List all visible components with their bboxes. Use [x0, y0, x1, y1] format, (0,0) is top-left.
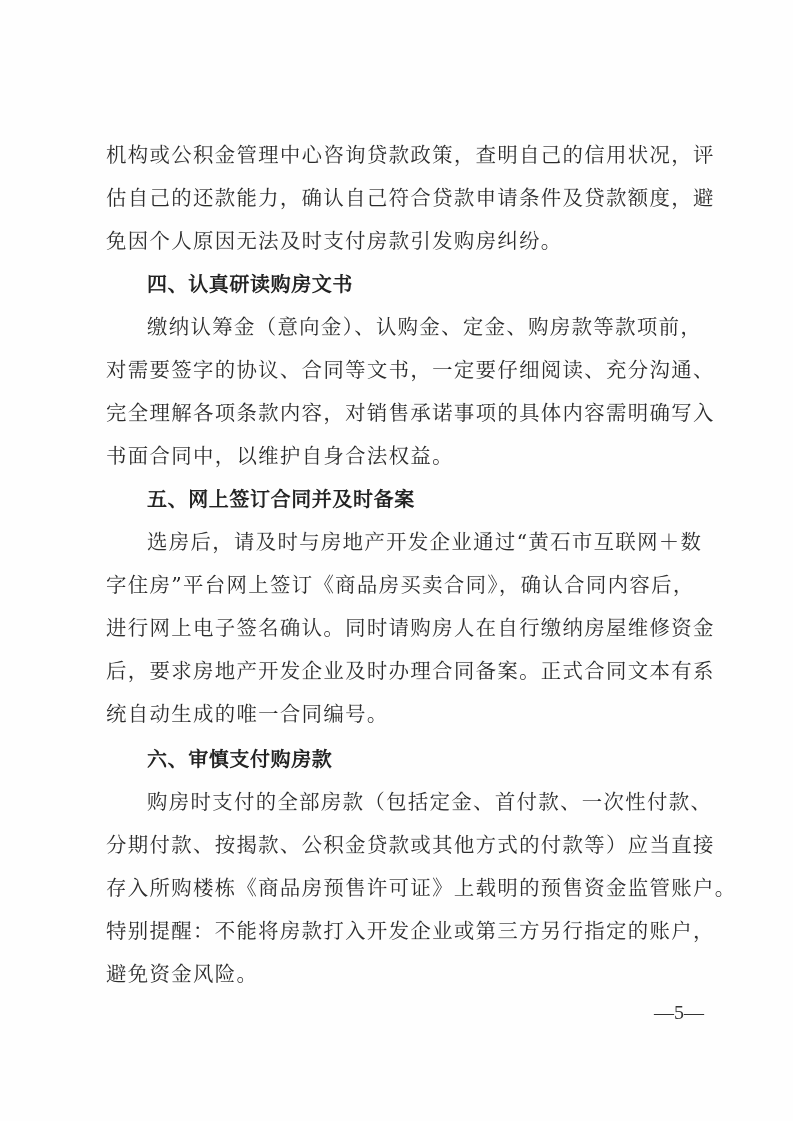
paragraph-line: 估自己的还款能力，确认自己符合贷款申请条件及贷款额度，避: [106, 176, 692, 220]
paragraph-line: 字住房”平台网上签订《商品房买卖合同》，确认合同内容后，: [106, 563, 692, 607]
document-page: 机构或公积金管理中心咨询贷款政策，查明自己的信用状况，评 估自己的还款能力，确认…: [0, 0, 793, 1121]
paragraph-line: 免因个人原因无法及时支付房款引发购房纠纷。: [106, 219, 692, 263]
page-number: —5—: [654, 1000, 704, 1026]
paragraph-line: 进行网上电子签名确认。同时请购房人在自行缴纳房屋维修资金: [106, 606, 692, 650]
paragraph-line: 统自动生成的唯一合同编号。: [106, 692, 692, 736]
section-heading: 四、认真研读购房文书: [147, 262, 353, 306]
paragraph-line: 避免资金风险。: [106, 952, 692, 996]
paragraph-line: 书面合同中，以维护自身合法权益。: [106, 434, 692, 478]
paragraph-line: 对需要签字的协议、合同等文书，一定要仔细阅读、充分沟通、: [106, 348, 692, 392]
paragraph-line: 特别提醒：不能将房款打入开发企业或第三方另行指定的账户，: [106, 909, 692, 953]
section-heading: 六、审慎支付购房款: [147, 737, 332, 781]
paragraph-line: 选房后，请及时与房地产开发企业通过“黄石市互联网＋数: [147, 520, 692, 564]
section-heading: 五、网上签订合同并及时备案: [147, 477, 415, 521]
paragraph-line: 完全理解各项条款内容，对销售承诺事项的具体内容需明确写入: [106, 391, 692, 435]
paragraph-line: 缴纳认筹金（意向金）、认购金、定金、购房款等款项前，: [147, 305, 692, 349]
paragraph-line: 后，要求房地产开发企业及时办理合同备案。正式合同文本有系: [106, 649, 692, 693]
paragraph-line: 购房时支付的全部房款（包括定金、首付款、一次性付款、: [147, 780, 692, 824]
paragraph-line: 机构或公积金管理中心咨询贷款政策，查明自己的信用状况，评: [106, 133, 692, 177]
paragraph-line: 存入所购楼栋《商品房预售许可证》上载明的预售资金监管账户。: [106, 866, 692, 910]
paragraph-line: 分期付款、按揭款、公积金贷款或其他方式的付款等）应当直接: [106, 823, 692, 867]
